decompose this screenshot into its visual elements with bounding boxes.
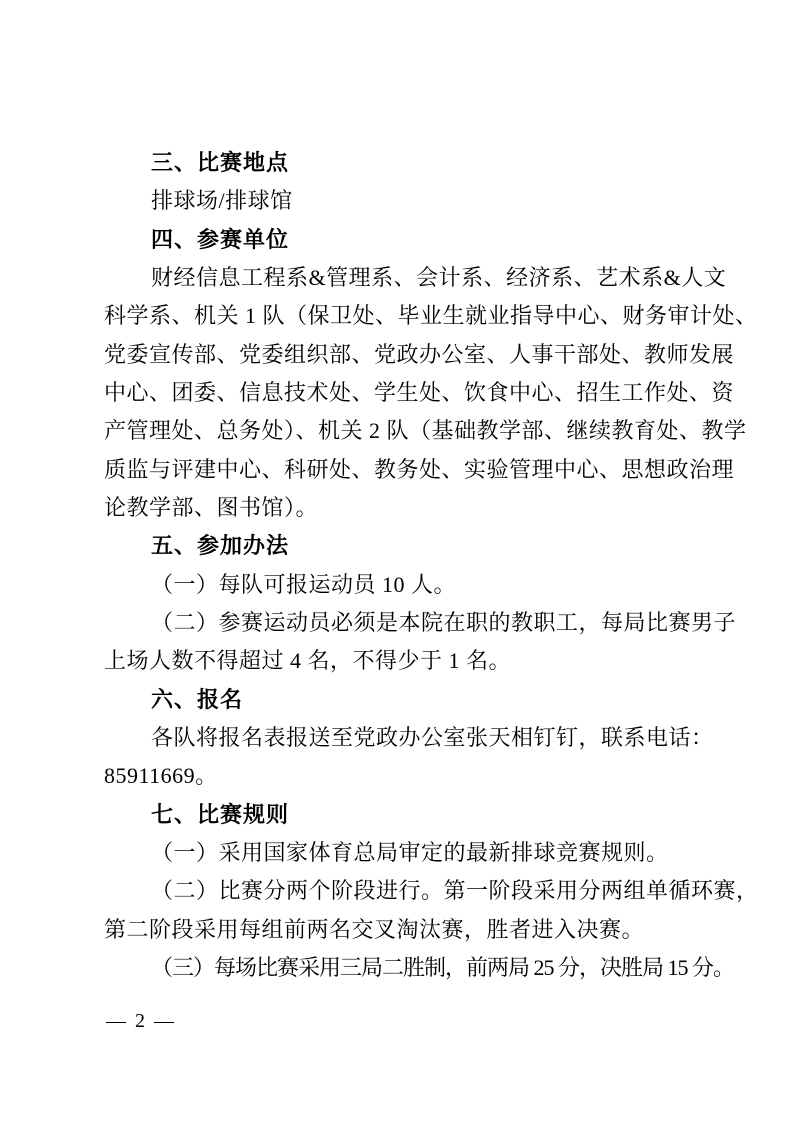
doc-line: 质监与评建中心、科研处、教务处、实验管理中心、思想政治理	[104, 451, 690, 489]
doc-line: 中心、团委、信息技术处、学生处、饮食中心、招生工作处、资	[104, 374, 690, 412]
document-content: 三、比赛地点 排球场/排球馆 四、参赛单位 财经信息工程系&管理系、会计系、经济…	[104, 144, 690, 987]
doc-line: 85911669。	[104, 757, 690, 795]
doc-line: 财经信息工程系&管理系、会计系、经济系、艺术系&人文	[104, 259, 690, 297]
doc-line: 党委宣传部、党委组织部、党政办公室、人事干部处、教师发展	[104, 336, 690, 374]
section-heading-venue: 三、比赛地点	[104, 144, 690, 182]
doc-line: （一）采用国家体育总局审定的最新排球竞赛规则。	[104, 834, 690, 872]
page-number: — 2 —	[106, 1008, 176, 1034]
doc-line: 各队将报名表报送至党政办公室张天相钉钉，联系电话：	[104, 719, 690, 757]
doc-line: 产管理处、总务处）、机关 2 队（基础教学部、继续教育处、教学	[104, 412, 690, 450]
doc-line: 排球场/排球馆	[104, 182, 690, 220]
section-heading-participation: 五、参加办法	[104, 527, 690, 565]
doc-line: 论教学部、图书馆）。	[104, 489, 690, 527]
doc-line: （二）参赛运动员必须是本院在职的教职工，每局比赛男子	[104, 604, 690, 642]
section-heading-teams: 四、参赛单位	[104, 221, 690, 259]
doc-line: （三）每场比赛采用三局二胜制，前两局 25 分，决胜局 15 分。	[104, 949, 690, 987]
doc-line: 上场人数不得超过 4 名，不得少于 1 名。	[104, 642, 690, 680]
doc-line: 第二阶段采用每组前两名交叉淘汰赛，胜者进入决赛。	[104, 911, 690, 949]
doc-line: （一）每队可报运动员 10 人。	[104, 566, 690, 604]
section-heading-rules: 七、比赛规则	[104, 796, 690, 834]
document-page: 三、比赛地点 排球场/排球馆 四、参赛单位 财经信息工程系&管理系、会计系、经济…	[0, 0, 793, 1122]
doc-line: 科学系、机关 1 队（保卫处、毕业生就业指导中心、财务审计处、	[104, 297, 690, 335]
section-heading-registration: 六、报名	[104, 681, 690, 719]
doc-line: （二）比赛分两个阶段进行。第一阶段采用分两组单循环赛，	[104, 872, 690, 910]
